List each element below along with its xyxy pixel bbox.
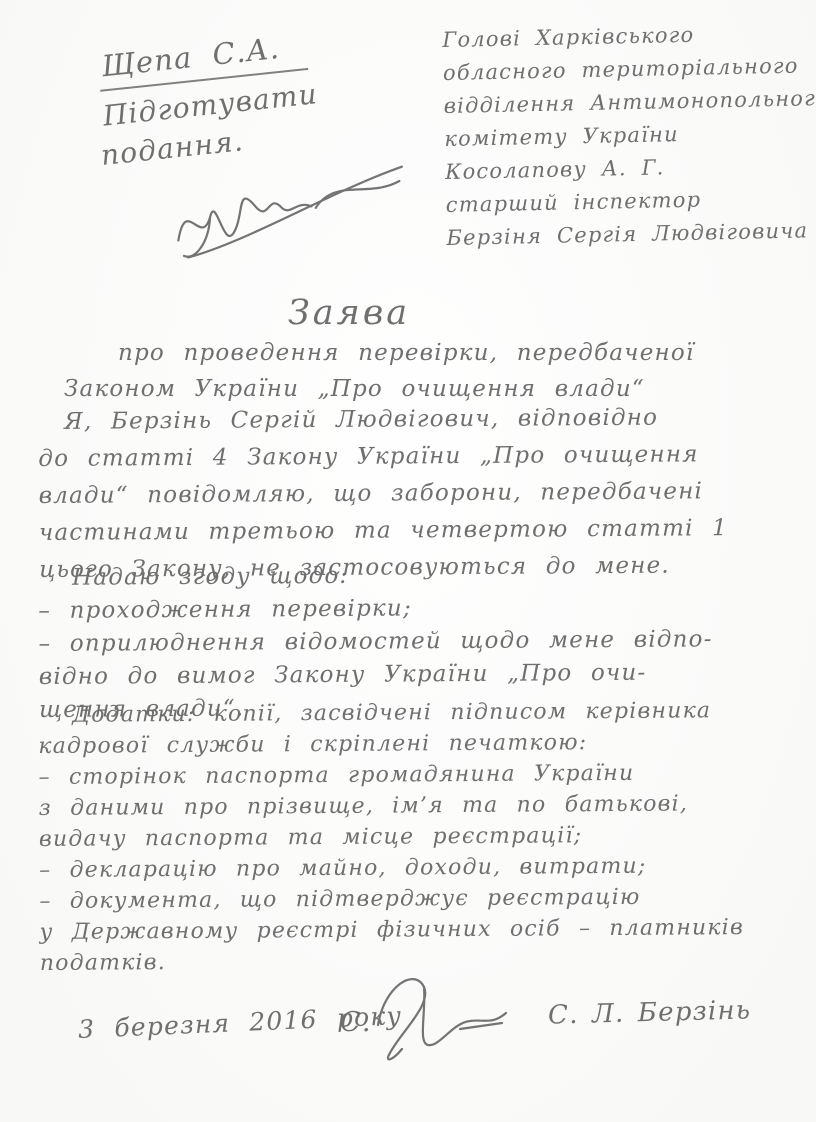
attachment-item: – документа, що підтверджує реєстрацію <box>39 881 744 917</box>
attachment-item: з даними про прізвище, ім’я та по батько… <box>39 788 744 824</box>
attachment-item: видачу паспорта та місце реєстрації; <box>39 819 744 855</box>
title-block: Заява про проведення перевірки, передбач… <box>0 293 816 407</box>
consent-item: – проходження перевірки; <box>38 590 712 628</box>
consent-item: відно до вимог Закону України „Про очи- <box>39 656 713 694</box>
declaration-line: до статті 4 Закону України „Про очищення <box>38 436 727 478</box>
consent-item: – оприлюднення відомостей щодо мене відп… <box>38 623 712 661</box>
attachments-section: Додатки: копії, засвідчені підписом кері… <box>38 695 744 979</box>
attachment-item: – декларацію про майно, доходи, витрати; <box>39 850 744 886</box>
addressee-block: Голові Харківського обласного територіал… <box>442 16 816 255</box>
document-subtitle: про проведення перевірки, передбаченої З… <box>0 335 816 407</box>
applicant-name: Берзіня Сергія Людвіговича <box>446 214 816 255</box>
resolution-note: Щепа С.А. Підготувати подання. <box>96 27 323 171</box>
attachments-heading: Додатки: копії, засвідчені підписом кері… <box>38 695 743 731</box>
scanned-document-page: Щепа С.А. Підготувати подання. Голові Ха… <box>0 0 816 1122</box>
signature-initial: С. <box>340 1007 372 1038</box>
attachment-item: у Державному реєстрі фізичних осіб – пла… <box>40 912 745 948</box>
attachments-line: кадрової служби і скріплені печаткою: <box>38 726 743 762</box>
attachment-item: – сторінок паспорта громадянина України <box>38 757 743 793</box>
document-title: Заява <box>288 293 816 333</box>
signatory-name: С. Л. Берзінь <box>548 995 752 1030</box>
declaration-line: Я, Берзінь Сергій Людвігович, відповідно <box>38 399 727 441</box>
declaration-line: влади“ повідомляю, що заборони, передбач… <box>39 473 728 515</box>
subtitle-line: про проведення перевірки, передбаченої <box>118 335 816 371</box>
consent-heading: Надаю згоду щодо: <box>38 557 712 595</box>
applicant-signature: С. <box>340 965 510 1069</box>
declaration-line: частинами третьою та четвертою статті 1 <box>39 510 728 552</box>
